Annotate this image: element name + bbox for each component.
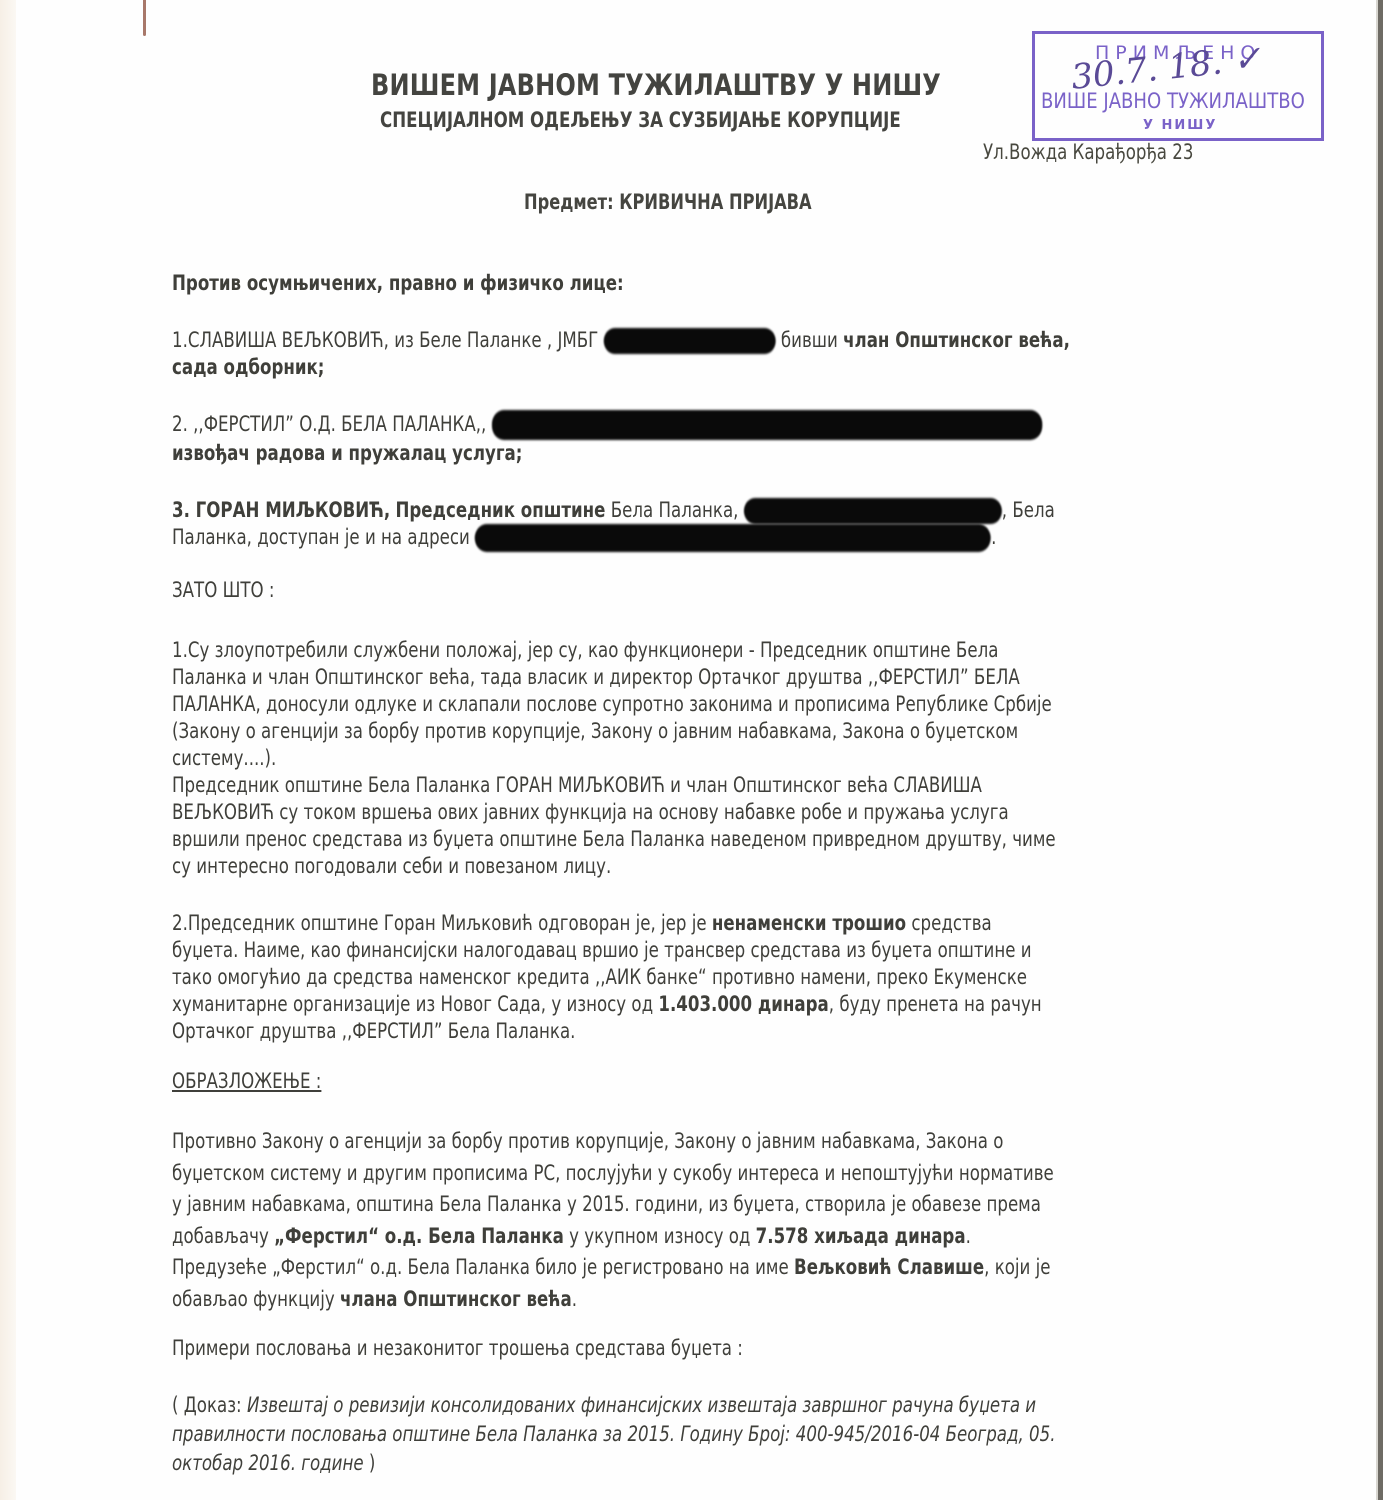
- addressee-address: Ул.Вожда Карађорђа 23: [983, 140, 1193, 164]
- evidence-citation: ( Доказ: Извештај о ревизији консолидова…: [172, 1391, 1230, 1478]
- accused-intro: Против осумњичених, правно и физичко лиц…: [172, 270, 1230, 297]
- because-paragraph-1: 1.Су злоупотребили службени положај, јер…: [172, 637, 1230, 880]
- scan-left-edge: [0, 0, 16, 1500]
- redaction-address-1: [744, 498, 1002, 524]
- received-stamp: ПРИМЉЕНО 30.7. 18. ✓ ВИШЕ ЈАВНО ТУЖИЛАШТ…: [1032, 31, 1324, 141]
- redaction-jmbg: [604, 328, 776, 354]
- because-heading: ЗАТО ШТО :: [172, 577, 1230, 604]
- scan-right-edge: [1378, 0, 1383, 1500]
- examples-heading: Примери пословања и незаконитог трошења …: [172, 1335, 1230, 1362]
- accused-item-2: 2. ,,ФЕРСТИЛ” О.Д. БЕЛА ПАЛАНКА,, извођа…: [172, 410, 1230, 467]
- stamp-city: У НИШУ: [1143, 118, 1217, 133]
- pen-mark: [143, 0, 146, 36]
- explanation-heading: ОБРАЗЛОЖЕЊЕ :: [172, 1068, 1230, 1095]
- because-paragraph-2: 2.Председник општине Горан Миљковић одго…: [172, 910, 1230, 1045]
- accused-item-3: 3. ГОРАН МИЉКОВИЋ, Председник општине Бе…: [172, 497, 1230, 552]
- redaction-company-details: [492, 410, 1042, 440]
- redaction-address-2: [475, 524, 991, 552]
- addressee-line-2: СПЕЦИЈАЛНОМ ОДЕЉЕЊУ ЗА СУЗБИЈАЊЕ КОРУПЦИ…: [380, 108, 901, 132]
- accused-item-1: 1.СЛАВИША ВЕЉКОВИЋ, из Беле Паланке , ЈМ…: [172, 327, 1230, 381]
- stamp-institution: ВИШЕ ЈАВНО ТУЖИЛАШТВО: [1041, 89, 1305, 113]
- addressee-line-1: ВИШЕМ ЈАВНОМ ТУЖИЛАШТВУ У НИШУ: [371, 68, 941, 102]
- explanation-paragraph: Противно Закону о агенцији за борбу прот…: [172, 1126, 1230, 1315]
- document-subject: Предмет: КРИВИЧНА ПРИЈАВА: [524, 190, 812, 214]
